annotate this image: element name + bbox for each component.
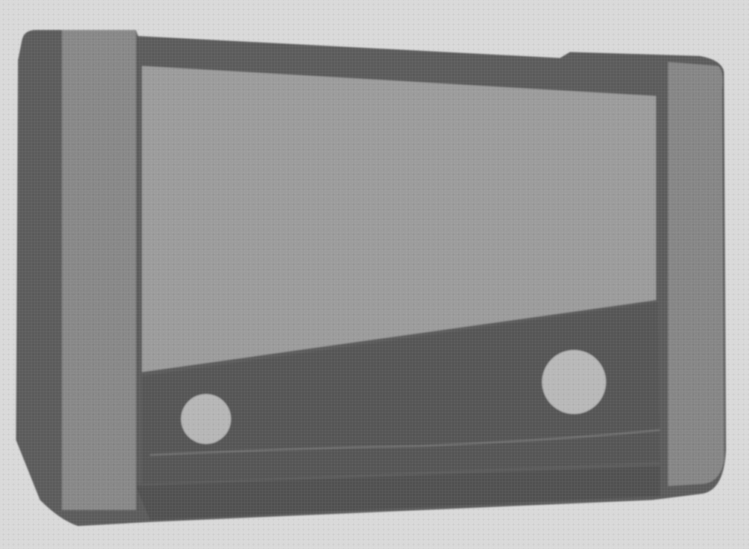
radio-photo xyxy=(0,0,749,549)
right-side-panel xyxy=(668,62,724,486)
left-knob xyxy=(181,394,231,444)
left-side-panel xyxy=(62,30,136,510)
right-knob xyxy=(542,350,606,414)
